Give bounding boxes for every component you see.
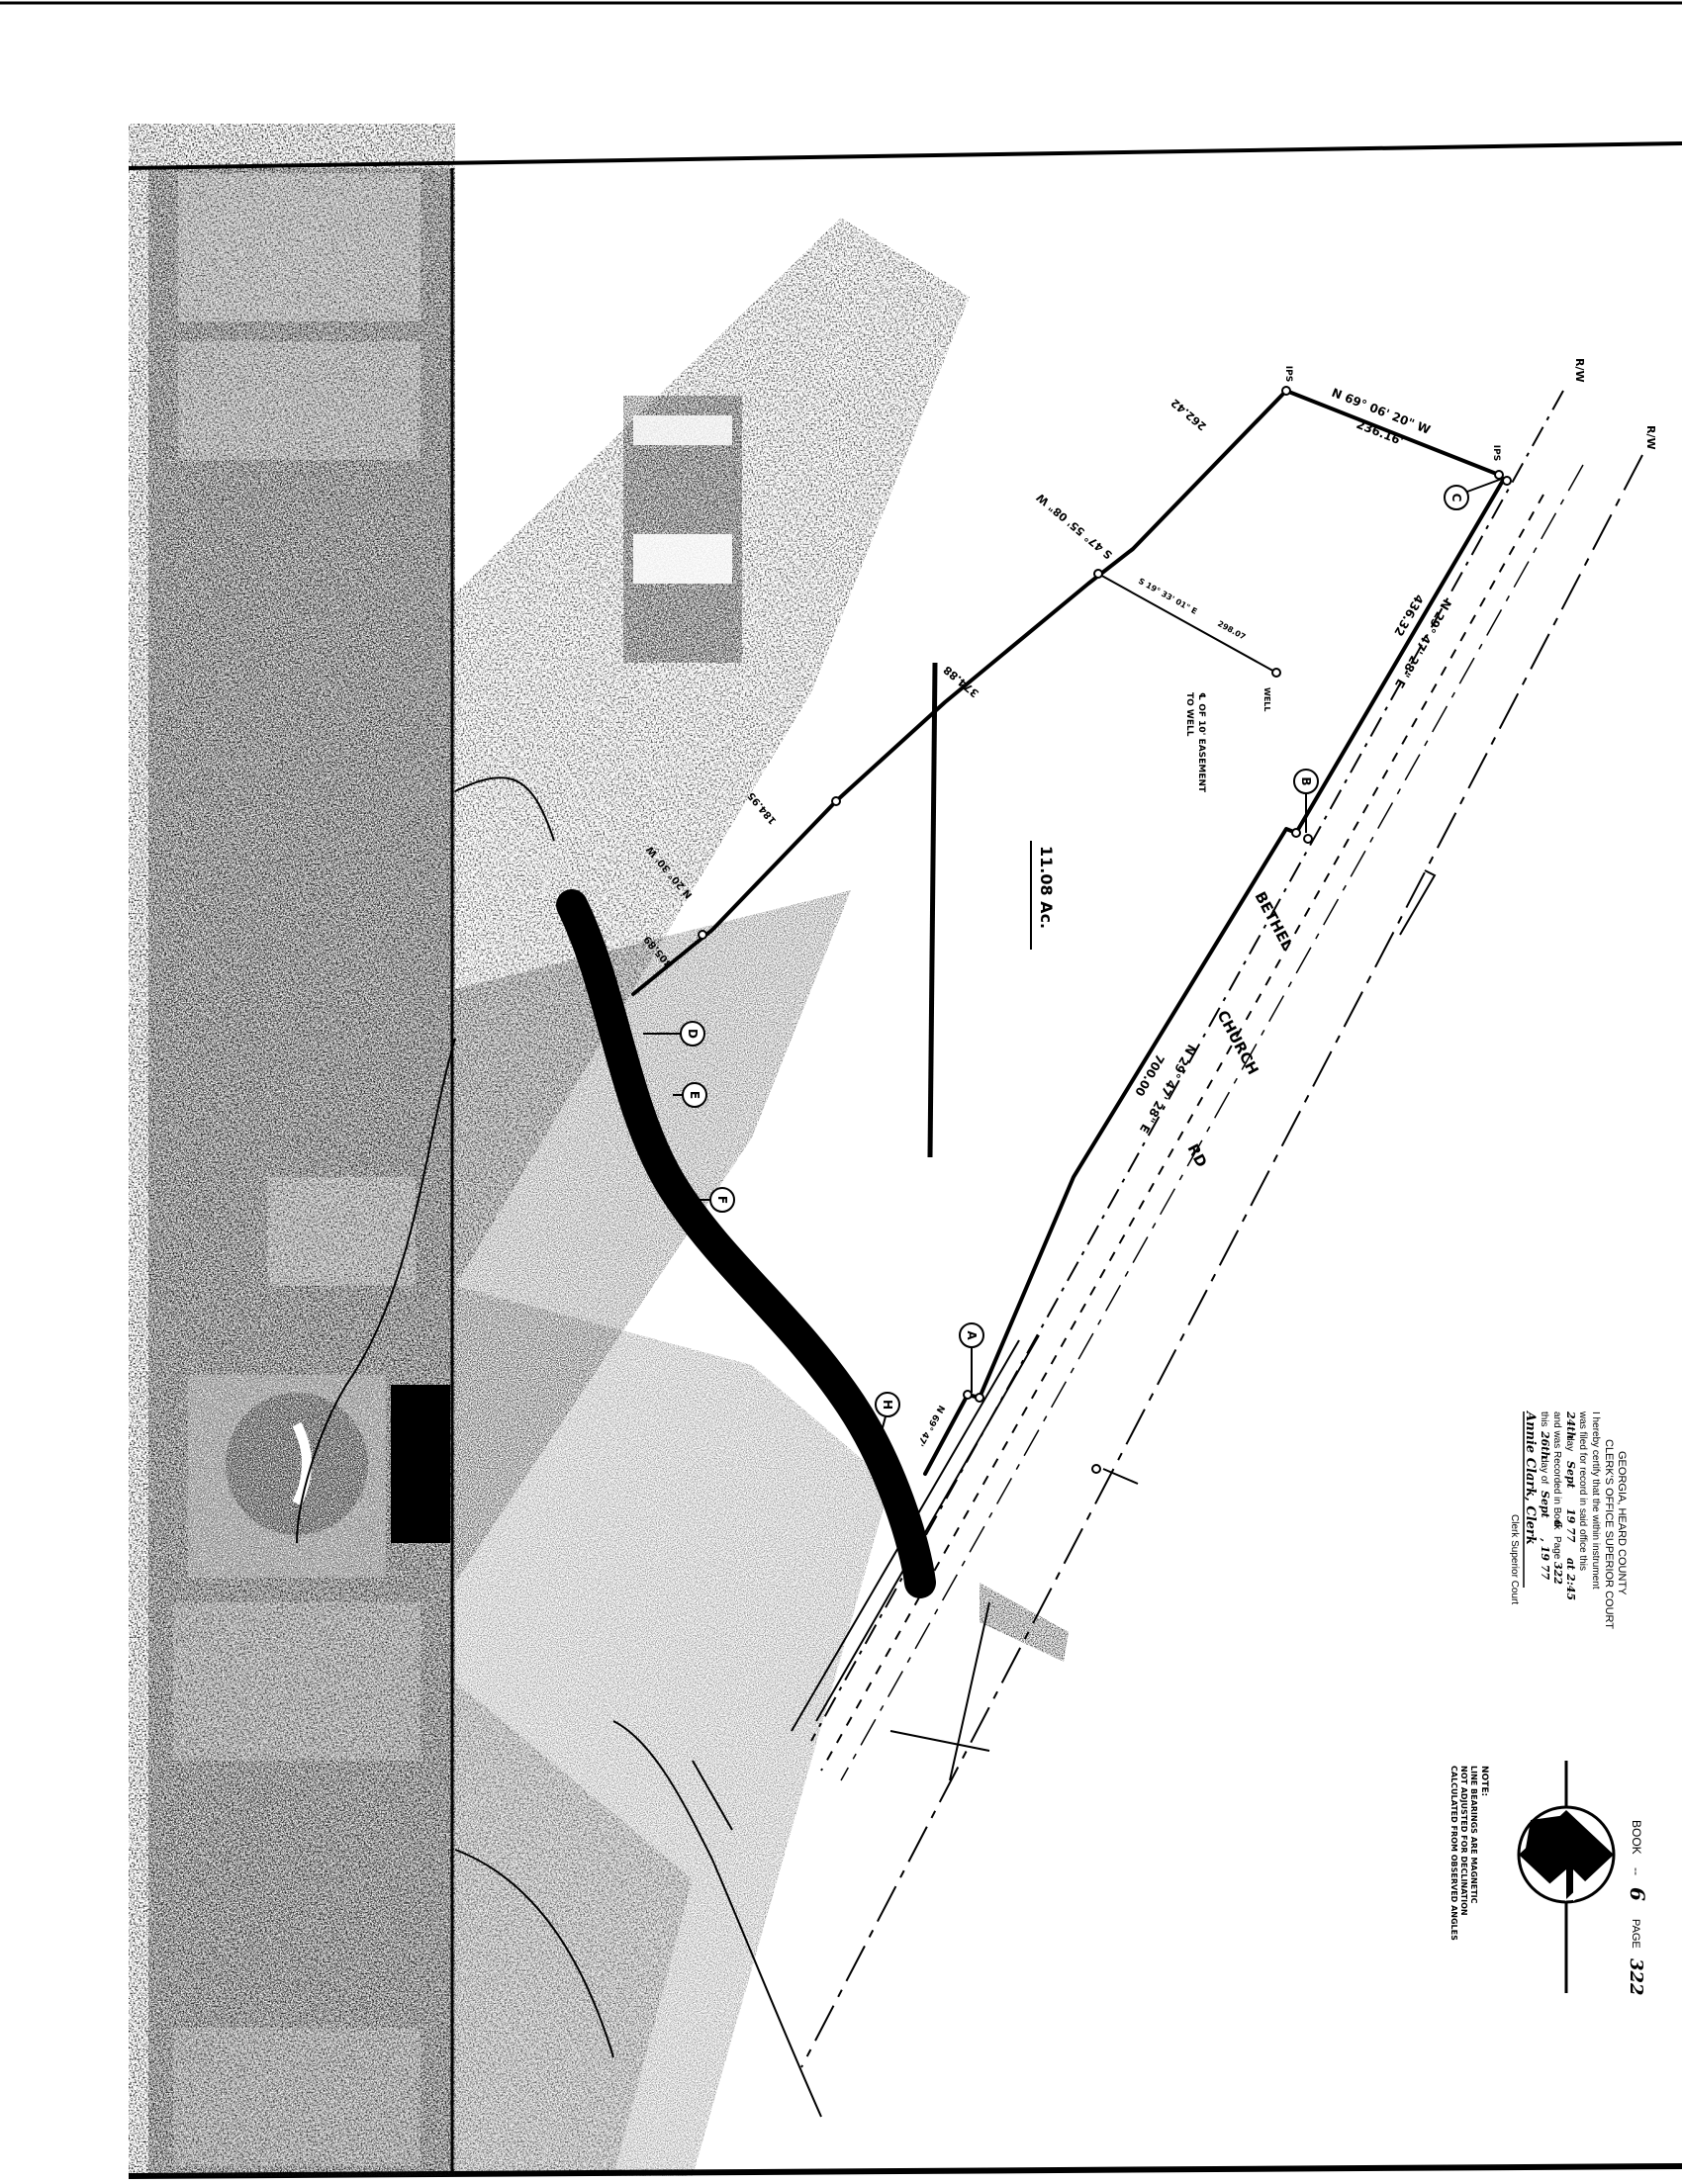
svg-text:374.88: 374.88 — [941, 663, 981, 699]
location-inset-table — [623, 396, 742, 663]
svg-text:Clerk Superior Court: Clerk Superior Court — [1509, 1514, 1520, 1604]
svg-text:BOOK: BOOK — [1630, 1820, 1643, 1855]
point-label-A: A — [960, 1323, 983, 1393]
svg-text:Annie Clark, Clerk: Annie Clark, Clerk — [1523, 1410, 1538, 1545]
svg-text:Page: Page — [1551, 1536, 1562, 1560]
svg-text:322: 322 — [1626, 1958, 1646, 1996]
svg-text:day: day — [1564, 1435, 1575, 1451]
recording-certificate: GEORGIA, HEARD COUNTY CLERK'S OFFICE SUP… — [1509, 1410, 1628, 1629]
north-arrow-icon — [1519, 1761, 1614, 1993]
svg-text:day of: day of — [1539, 1457, 1549, 1484]
well-label: WELL — [1262, 687, 1271, 711]
svg-text:B: B — [1299, 776, 1313, 785]
svg-text:NOT ADJUSTED FOR DECLINATION: NOT ADJUSTED FOR DECLINATION — [1459, 1766, 1468, 1916]
svg-text:CALCULATED FROM OBSERVED ANGLE: CALCULATED FROM OBSERVED ANGLES — [1449, 1766, 1458, 1941]
svg-text:PAGE: PAGE — [1630, 1919, 1641, 1949]
svg-text:6: 6 — [1626, 1887, 1649, 1901]
svg-text:N 29° 47' 28" E: N 29° 47' 28" E — [1392, 597, 1454, 690]
svg-text:LINE BEARINGS ARE MAGNETIC: LINE BEARINGS ARE MAGNETIC — [1469, 1766, 1478, 1904]
svg-text:262.42: 262.42 — [1168, 396, 1209, 432]
svg-text:and was Recorded in Book: and was Recorded in Book — [1551, 1411, 1562, 1531]
svg-text:D: D — [686, 1029, 700, 1039]
rw-label: R/W — [1644, 425, 1657, 450]
svg-text:E: E — [688, 1091, 701, 1099]
easement-label-2: TO WELL — [1184, 692, 1194, 737]
rw-label: R/W — [1573, 358, 1586, 383]
svg-text:BETHEL: BETHEL — [1251, 888, 1296, 954]
road-name: BETHEL CHURCH RD — [1183, 888, 1296, 1170]
svg-text:I hereby certify that the with: I hereby certify that the within instrum… — [1590, 1411, 1601, 1590]
dark-scan-region — [129, 124, 970, 2176]
seal-icon — [226, 1393, 368, 1535]
svg-text:298.07: 298.07 — [1216, 619, 1247, 642]
svg-text:6: 6 — [1551, 1520, 1564, 1528]
svg-text:26th: 26th — [1539, 1430, 1551, 1459]
svg-text:CHURCH: CHURCH — [1213, 1007, 1261, 1077]
book-page: BOOK -- 6 PAGE 322 — [1626, 1820, 1649, 1996]
svg-text:at 2:45: at 2:45 — [1564, 1558, 1577, 1600]
svg-text:C: C — [1449, 494, 1463, 502]
svg-text:was filed for record in said o: was filed for record in said office this — [1577, 1410, 1588, 1571]
easement-label: ℄ OF 10' EASEMENT — [1196, 692, 1206, 793]
old-line — [930, 663, 935, 1157]
svg-text:Sept: Sept — [1564, 1461, 1577, 1489]
svg-text:GEORGIA, HEARD COUNTY: GEORGIA, HEARD COUNTY — [1616, 1451, 1628, 1595]
svg-text:436.32: 436.32 — [1391, 592, 1426, 639]
bearing-note: NOTE: LINE BEARINGS ARE MAGNETIC NOT ADJ… — [1449, 1766, 1489, 1941]
svg-text:NOTE:: NOTE: — [1479, 1766, 1489, 1796]
svg-text:this: this — [1539, 1411, 1549, 1427]
svg-text:11.08 Ac.: 11.08 Ac. — [1037, 846, 1056, 929]
svg-text:322: 322 — [1551, 1562, 1564, 1585]
svg-text:H: H — [881, 1400, 894, 1410]
ips-label: IPS — [1491, 445, 1501, 461]
svg-text:, 19 77: , 19 77 — [1539, 1537, 1551, 1580]
svg-text:Sept: Sept — [1539, 1491, 1551, 1518]
svg-text:CLERK'S OFFICE SUPERIOR COURT: CLERK'S OFFICE SUPERIOR COURT — [1603, 1439, 1615, 1629]
svg-text:184.95: 184.95 — [746, 789, 779, 826]
svg-text:S 19° 33' 01" E: S 19° 33' 01" E — [1137, 577, 1198, 616]
svg-text:A: A — [965, 1330, 979, 1340]
survey-plat: A B C D E F H IPS IPS N 69° 06' 20" W 23… — [0, 0, 1682, 2184]
bethel-church-rd — [792, 391, 1642, 2067]
ips-label: IPS — [1283, 366, 1293, 382]
svg-text:19 77: 19 77 — [1564, 1508, 1577, 1543]
svg-text:S 47° 55' 08" W: S 47° 55' 08" W — [1034, 491, 1115, 562]
acreage-label: 11.08 Ac. — [1031, 841, 1056, 950]
svg-text:F: F — [715, 1196, 729, 1204]
svg-text:--: -- — [1630, 1867, 1643, 1875]
